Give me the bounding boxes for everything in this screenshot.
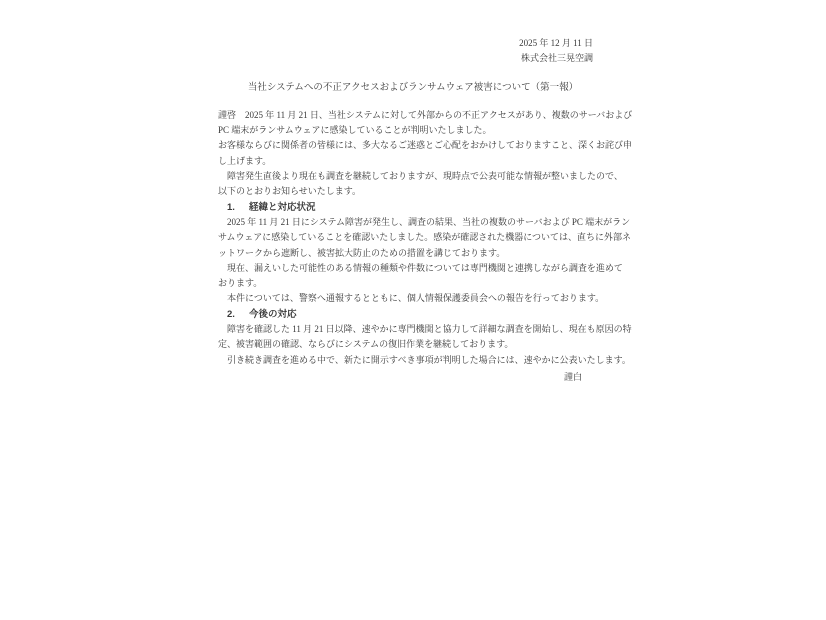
section-1-number: 1. bbox=[227, 200, 249, 215]
document-date: 2025 年 12 月 11 日 bbox=[218, 36, 593, 51]
section-2-number: 2. bbox=[227, 307, 249, 322]
text-line: おります。 bbox=[218, 276, 608, 291]
document-page: 2025 年 12 月 11 日 株式会社三晃空調 当社システムへの不正アクセス… bbox=[0, 0, 826, 620]
text-line: し上げます。 bbox=[218, 154, 608, 169]
section-future-response: 2.今後の対応 障害を確認した 11 月 21 日以降、速やかに専門機関と協力し… bbox=[218, 307, 608, 368]
section-2-heading-text: 今後の対応 bbox=[249, 309, 297, 320]
text-line: 謹啓 2025 年 11 月 21 日、当社システムに対して外部からの不正アクセ… bbox=[218, 108, 608, 123]
text-line: 現在、漏えいした可能性のある情報の種類や件数については専門機関と連携しながら調査… bbox=[218, 261, 608, 276]
text-line: サムウェアに感染していることを確認いたしました。感染が確認された機器については、… bbox=[218, 230, 608, 245]
date-block: 2025 年 12 月 11 日 株式会社三晃空調 bbox=[218, 36, 608, 67]
text-line: 定、被害範囲の確認、ならびにシステムの復旧作業を継続しております。 bbox=[218, 337, 608, 352]
document-content: 2025 年 12 月 11 日 株式会社三晃空調 当社システムへの不正アクセス… bbox=[218, 36, 608, 385]
company-name: 株式会社三晃空調 bbox=[218, 51, 593, 66]
section-1-heading-text: 経緯と対応状況 bbox=[249, 202, 316, 213]
section-1-body: 2025 年 11 月 21 日にシステム障害が発生し、調査の結果、当社の複数の… bbox=[218, 215, 608, 307]
section-1-heading: 1.経緯と対応状況 bbox=[218, 200, 608, 215]
section-2-heading: 2.今後の対応 bbox=[218, 307, 608, 322]
section-2-body: 障害を確認した 11 月 21 日以降、速やかに専門機関と協力して詳細な調査を開… bbox=[218, 322, 608, 368]
text-line: 本件については、警察へ通報するとともに、個人情報保護委員会への報告を行っておりま… bbox=[218, 291, 608, 306]
text-line: ットワークから遮断し、被害拡大防止のための措置を講じております。 bbox=[218, 246, 608, 261]
text-line: 2025 年 11 月 21 日にシステム障害が発生し、調査の結果、当社の複数の… bbox=[218, 215, 608, 230]
text-line: 以下のとおりお知らせいたします。 bbox=[218, 184, 608, 199]
text-line: 障害発生直後より現在も調査を継続しておりますが、現時点で公表可能な情報が整いまし… bbox=[218, 169, 608, 184]
text-line: PC 端末がランサムウェアに感染していることが判明いたしました。 bbox=[218, 123, 608, 138]
text-line: 引き続き調査を進める中で、新たに開示すべき事項が判明した場合には、速やかに公表い… bbox=[218, 353, 608, 368]
closing-word: 謹白 bbox=[218, 370, 608, 385]
opening-paragraph: 謹啓 2025 年 11 月 21 日、当社システムに対して外部からの不正アクセ… bbox=[218, 108, 608, 200]
section-background-and-response: 1.経緯と対応状況 2025 年 11 月 21 日にシステム障害が発生し、調査… bbox=[218, 200, 608, 307]
text-line: 障害を確認した 11 月 21 日以降、速やかに専門機関と協力して詳細な調査を開… bbox=[218, 322, 608, 337]
text-line: お客様ならびに関係者の皆様には、多大なるご迷惑とご心配をおかけしておりますこと、… bbox=[218, 138, 608, 153]
document-title: 当社システムへの不正アクセスおよびランサムウェア被害について（第一報） bbox=[218, 81, 608, 96]
